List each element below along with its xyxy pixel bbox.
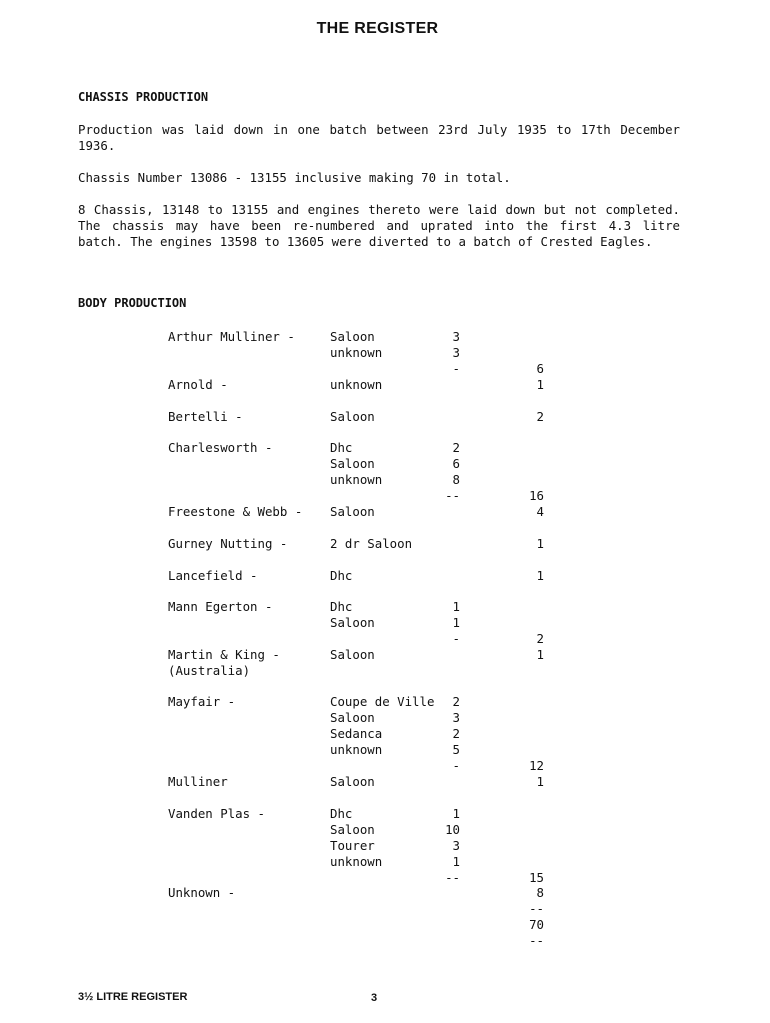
table-row: Charlesworth -Dhc2 <box>0 440 770 456</box>
table-row: unknown8 <box>0 472 770 488</box>
subcount: - <box>420 631 460 647</box>
chassis-paragraph-numbers: Chassis Number 13086 - 13155 inclusive m… <box>78 170 680 186</box>
subcount: -- <box>420 870 460 886</box>
table-row: Arthur Mulliner -Saloon3 <box>0 329 770 345</box>
body-type: Saloon <box>330 615 375 631</box>
table-row: Arnold -unknown1 <box>0 377 770 393</box>
maker: Unknown - <box>168 885 235 901</box>
maker: Mulliner <box>168 774 228 790</box>
table-row: Lancefield -Dhc1 <box>0 568 770 584</box>
subcount: 1 <box>420 854 460 870</box>
body-type: Saloon <box>330 822 375 838</box>
maker: Arnold - <box>168 377 228 393</box>
body-type: Saloon <box>330 409 375 425</box>
table-row: Saloon6 <box>0 456 770 472</box>
maker: Vanden Plas - <box>168 806 265 822</box>
subcount: -- <box>420 488 460 504</box>
total: 4 <box>500 504 544 520</box>
body-type: unknown <box>330 742 382 758</box>
body-type: unknown <box>330 854 382 870</box>
maker: Mann Egerton - <box>168 599 272 615</box>
chassis-production-heading: CHASSIS PRODUCTION <box>78 90 208 104</box>
total: 70 <box>500 917 544 933</box>
body-type: unknown <box>330 345 382 361</box>
table-row: Gurney Nutting -2 dr Saloon1 <box>0 536 770 552</box>
table-row: -- <box>0 933 770 949</box>
body-type: Coupe de Ville <box>330 694 434 710</box>
subcount: 10 <box>420 822 460 838</box>
table-row: (Australia) <box>0 663 770 679</box>
body-type: 2 dr Saloon <box>330 536 412 552</box>
maker: Lancefield - <box>168 568 258 584</box>
table-row: 70 <box>0 917 770 933</box>
subcount: - <box>420 361 460 377</box>
subcount: 3 <box>420 329 460 345</box>
table-row: -6 <box>0 361 770 377</box>
maker: Martin & King - <box>168 647 280 663</box>
table-row: Mann Egerton -Dhc1 <box>0 599 770 615</box>
total: -- <box>500 901 544 917</box>
table-row: --16 <box>0 488 770 504</box>
total: -- <box>500 933 544 949</box>
maker: Freestone & Webb - <box>168 504 302 520</box>
subcount: 1 <box>420 599 460 615</box>
subcount: 8 <box>420 472 460 488</box>
table-row: Sedanca2 <box>0 726 770 742</box>
table-row: Tourer3 <box>0 838 770 854</box>
table-row: unknown1 <box>0 854 770 870</box>
table-row: Vanden Plas -Dhc1 <box>0 806 770 822</box>
subcount: 2 <box>420 440 460 456</box>
table-row: Saloon1 <box>0 615 770 631</box>
maker: (Australia) <box>168 663 250 679</box>
table-row: Mayfair -Coupe de Ville2 <box>0 694 770 710</box>
total: 2 <box>500 409 544 425</box>
body-type: Saloon <box>330 647 375 663</box>
body-type: Dhc <box>330 599 352 615</box>
footer-register-title: 3½ LITRE REGISTER <box>78 991 187 1003</box>
subcount: 3 <box>420 710 460 726</box>
total: 1 <box>500 774 544 790</box>
table-row: unknown3 <box>0 345 770 361</box>
maker: Bertelli - <box>168 409 243 425</box>
subcount: 2 <box>420 726 460 742</box>
table-row: MullinerSaloon1 <box>0 774 770 790</box>
total: 16 <box>500 488 544 504</box>
page-title: THE REGISTER <box>0 20 755 38</box>
total: 1 <box>500 568 544 584</box>
maker: Gurney Nutting - <box>168 536 287 552</box>
table-row: --15 <box>0 870 770 886</box>
body-type: Saloon <box>330 774 375 790</box>
body-type: Tourer <box>330 838 375 854</box>
subcount: 6 <box>420 456 460 472</box>
body-type: Saloon <box>330 710 375 726</box>
body-production-heading: BODY PRODUCTION <box>78 296 186 310</box>
total: 1 <box>500 536 544 552</box>
table-row: Freestone & Webb -Saloon4 <box>0 504 770 520</box>
table-row: Saloon10 <box>0 822 770 838</box>
table-row: Saloon3 <box>0 710 770 726</box>
subcount: 2 <box>420 694 460 710</box>
maker: Mayfair - <box>168 694 235 710</box>
subcount: 1 <box>420 806 460 822</box>
table-row: -2 <box>0 631 770 647</box>
page-number: 3 <box>371 992 377 1004</box>
total: 1 <box>500 377 544 393</box>
total: 8 <box>500 885 544 901</box>
body-type: Saloon <box>330 504 375 520</box>
subcount: 3 <box>420 345 460 361</box>
subcount: 1 <box>420 615 460 631</box>
table-row: unknown5 <box>0 742 770 758</box>
total: 12 <box>500 758 544 774</box>
subcount: - <box>420 758 460 774</box>
maker: Arthur Mulliner - <box>168 329 295 345</box>
body-type: unknown <box>330 472 382 488</box>
body-type: Sedanca <box>330 726 382 742</box>
maker: Charlesworth - <box>168 440 272 456</box>
subcount: 5 <box>420 742 460 758</box>
body-type: Dhc <box>330 806 352 822</box>
table-row: -- <box>0 901 770 917</box>
table-row: Bertelli -Saloon2 <box>0 409 770 425</box>
body-type: Saloon <box>330 329 375 345</box>
total: 6 <box>500 361 544 377</box>
body-type: Saloon <box>330 456 375 472</box>
table-row: Unknown -8 <box>0 885 770 901</box>
body-type: unknown <box>330 377 382 393</box>
body-type: Dhc <box>330 568 352 584</box>
subcount: 3 <box>420 838 460 854</box>
total: 1 <box>500 647 544 663</box>
table-row: Martin & King -Saloon1 <box>0 647 770 663</box>
chassis-paragraph-dates: Production was laid down in one batch be… <box>78 122 680 154</box>
total: 2 <box>500 631 544 647</box>
table-row: -12 <box>0 758 770 774</box>
chassis-paragraph-notes: 8 Chassis, 13148 to 13155 and engines th… <box>78 202 680 250</box>
body-type: Dhc <box>330 440 352 456</box>
total: 15 <box>500 870 544 886</box>
